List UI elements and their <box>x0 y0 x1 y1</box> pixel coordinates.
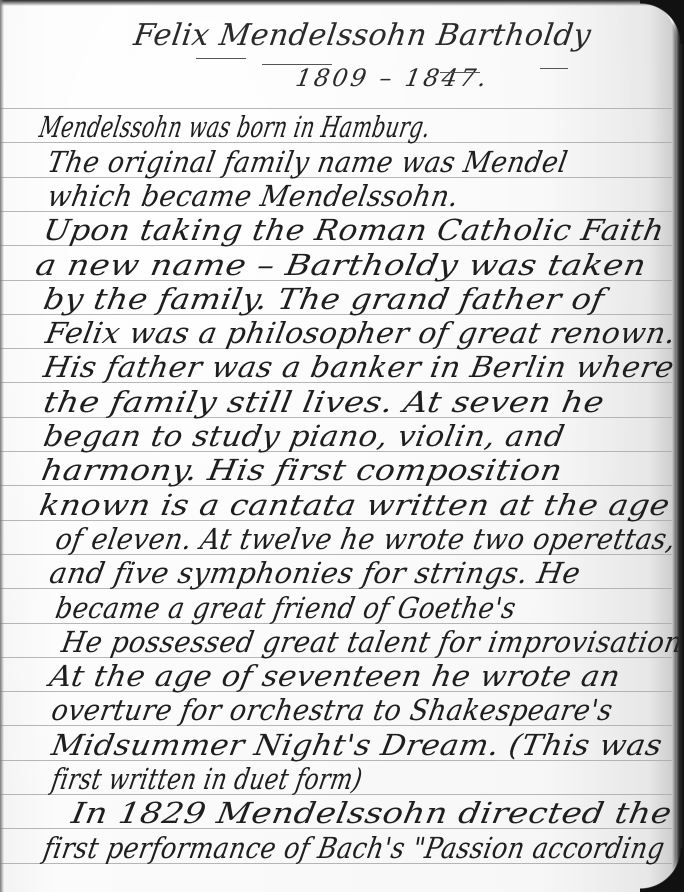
handwritten-line: first performance of Bach's "Passion acc… <box>41 831 667 865</box>
scan-left-edge <box>0 0 4 892</box>
handwritten-line: a new name – Bartholdy was taken <box>33 248 649 282</box>
life-dates: 1809 – 1847. <box>294 64 492 92</box>
handwritten-line: first written in duet form) <box>49 762 365 796</box>
dates-overline <box>440 72 480 73</box>
handwritten-line: Felix was a philosopher of great renown. <box>43 316 679 350</box>
notebook-page: Felix Mendelssohn Bartholdy 1809 – 1847.… <box>0 0 684 892</box>
handwritten-line: The original family name was Mendel <box>45 145 570 179</box>
handwritten-line: He possessed great talent for improvisat… <box>59 625 684 659</box>
handwritten-line: Upon taking the Roman Catholic Faith <box>41 213 667 247</box>
scan-top-edge <box>0 0 684 6</box>
handwritten-line: At the age of seventeen he wrote an <box>47 659 623 693</box>
handwritten-line: the family still lives. At seven he <box>41 385 607 419</box>
title-underline-bartholdy <box>540 68 568 69</box>
handwritten-line: which became Mendelssohn. <box>45 179 461 213</box>
rule-line <box>0 108 672 109</box>
handwritten-line: In 1829 Mendelssohn directed the <box>69 796 675 830</box>
handwritten-line: harmony. His first composition <box>39 453 565 487</box>
rounded-corner-bottom-right <box>640 848 684 892</box>
page-title: Felix Mendelssohn Bartholdy <box>132 18 594 53</box>
title-underline-felix <box>196 58 246 59</box>
handwritten-line: Mendelssohn was born in Hamburg. <box>37 110 433 144</box>
handwritten-line: known is a cantata written at the age <box>37 488 673 522</box>
handwritten-line: His father was a banker in Berlin where <box>41 350 677 384</box>
handwritten-line: of eleven. At twelve he wrote two operet… <box>53 522 678 556</box>
page-binding-edge <box>672 0 684 892</box>
handwritten-line: began to study piano, violin, and <box>41 419 568 453</box>
handwritten-line: became a great friend of Goethe's <box>53 591 519 625</box>
rounded-corner-top-right <box>640 0 684 44</box>
handwritten-line: and five symphonies for strings. He <box>47 556 583 590</box>
handwritten-line: Midsummer Night's Dream. (This was <box>49 728 665 762</box>
handwritten-line: overture for orchestra to Shakespeare's <box>49 693 615 727</box>
handwritten-line: by the family. The grand father of <box>41 282 607 316</box>
